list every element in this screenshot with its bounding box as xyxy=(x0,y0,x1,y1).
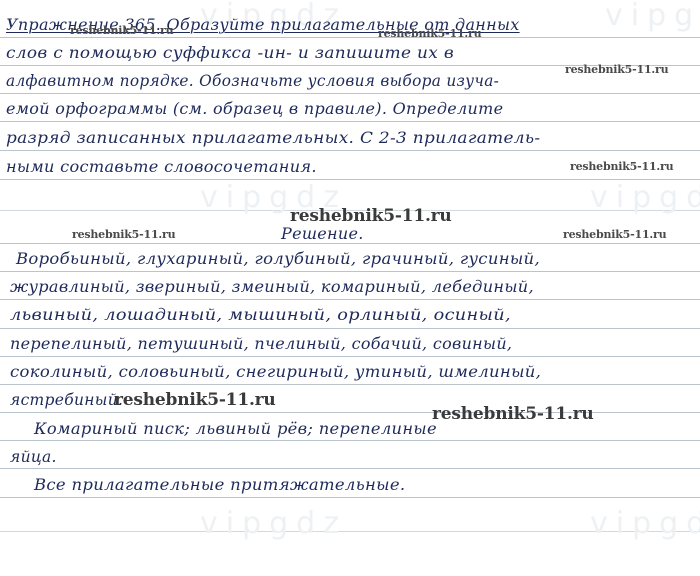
task-line: емой орфограммы (см. образец в правиле).… xyxy=(6,100,503,118)
ruled-line xyxy=(0,150,700,151)
site-watermark: reshebnik5-11.ru xyxy=(570,160,673,173)
solution-line: журавлиный, звериный, змеиный, комариный… xyxy=(10,278,534,296)
site-watermark: reshebnik5-11.ru xyxy=(114,390,276,410)
ruled-line xyxy=(0,412,700,413)
task-line: слов с помощью суффикса -ин- и запишите … xyxy=(6,44,454,62)
task-line: алфавитном порядке. Обозначьте условия в… xyxy=(6,72,499,90)
ruled-line xyxy=(0,468,700,469)
solution-line: перепелиный, петушиный, пчелиный, собачи… xyxy=(10,335,512,353)
site-watermark: reshebnik5-11.ru xyxy=(563,228,666,241)
task-line: ными составьте словосочетания. xyxy=(6,158,317,176)
ruled-line xyxy=(0,271,700,272)
site-watermark: reshebnik5-11.ru xyxy=(70,24,173,37)
ruled-line xyxy=(0,328,700,329)
solution-line: Воробьиный, глухариный, голубиный, грачи… xyxy=(16,250,540,268)
ruled-line xyxy=(0,497,700,498)
solution-line: Комариный писк; львиный рёв; перепелиные xyxy=(34,420,437,438)
solution-line: Все прилагательные притяжательные. xyxy=(34,476,405,494)
ghost-watermark: vipgdz xyxy=(605,0,700,33)
ruled-line xyxy=(0,243,700,244)
ruled-line xyxy=(0,93,700,94)
ghost-watermark: vipgdz xyxy=(590,506,700,541)
ruled-line xyxy=(0,299,700,300)
solution-line: ястребиный. xyxy=(10,391,123,409)
site-watermark: reshebnik5-11.ru xyxy=(72,228,175,241)
ruled-line xyxy=(0,37,700,38)
task-line: разряд записанных прилагательных. С 2-3 … xyxy=(6,129,540,147)
ghost-watermark: vipgdz xyxy=(200,506,347,541)
solution-line: яйца. xyxy=(10,448,57,466)
ruled-line xyxy=(0,440,700,441)
solution-line: львиный, лошадиный, мышиный, орлиный, ос… xyxy=(10,306,511,324)
ruled-line xyxy=(0,121,700,122)
site-watermark: reshebnik5-11.ru xyxy=(290,206,452,226)
ruled-line xyxy=(0,356,700,357)
solution-line: соколиный, соловьиный, снегириный, утины… xyxy=(10,363,541,381)
notebook-page: vipgdz vipgdz vipgdz vipgdz vipgdz vipgd… xyxy=(0,0,700,576)
site-watermark: reshebnik5-11.ru xyxy=(432,404,594,424)
ghost-watermark: vipgdz xyxy=(590,180,700,215)
solution-heading: Решение. xyxy=(281,224,364,243)
ruled-line xyxy=(0,384,700,385)
site-watermark: reshebnik5-11.ru xyxy=(378,27,481,40)
site-watermark: reshebnik5-11.ru xyxy=(565,63,668,76)
